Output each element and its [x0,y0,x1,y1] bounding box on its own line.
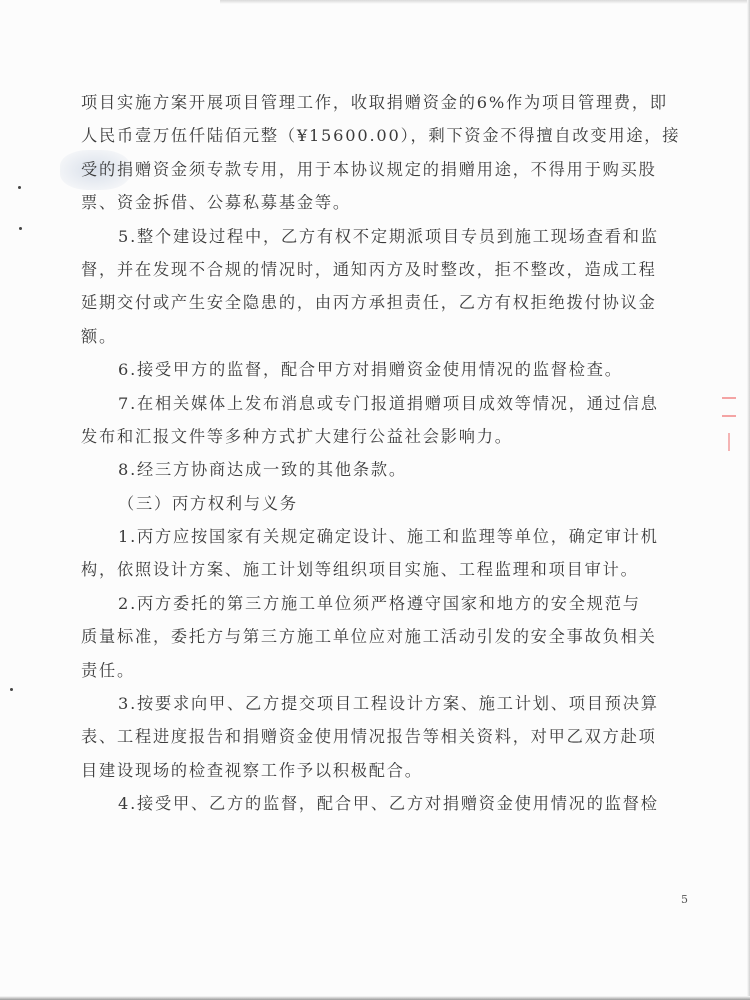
text-line: 构，依照设计方案、施工计划等组织项目实施、工程监理和项目审计。 [81,553,683,586]
agreement-body: 项目实施方案开展项目管理工作，收取捐赠资金的6%作为项目管理费，即 人民币壹万伍… [81,86,683,821]
scan-speck [19,227,22,230]
scan-speck [18,186,21,189]
text-line: 表、工程进度报告和捐赠资金使用情况报告等相关资料，对甲乙双方赴项 [81,720,683,753]
seal-edge-mark [722,397,736,399]
text-line: 发布和汇报文件等多种方式扩大建行公益社会影响力。 [81,420,683,453]
page-number: 5 [681,893,688,906]
clause-7: 7.在相关媒体上发布消息或专门报道捐赠项目成效等情况，通过信息 [81,387,683,420]
text-line: 督，并在发现不合规的情况时，通知丙方及时整改，拒不整改，造成工程 [81,253,683,286]
text-line: 额。 [81,320,683,353]
text-line: 质量标准，委托方与第三方施工单位应对施工活动引发的安全事故负相关 [81,620,683,653]
seal-edge-mark [728,433,736,451]
clause-6: 6.接受甲方的监督，配合甲方对捐赠资金使用情况的监督检查。 [81,353,683,386]
seal-edge-mark [722,415,736,417]
text-line: 人民币壹万伍仟陆佰元整（¥15600.00），剩下资金不得擅自改变用途，接 [81,119,683,152]
text-line: 目建设现场的检查视察工作予以积极配合。 [81,754,683,787]
text-line: 项目实施方案开展项目管理工作，收取捐赠资金的6%作为项目管理费，即 [81,86,683,119]
scan-top-edge [220,0,750,4]
clause-4: 4.接受甲、乙方的监督，配合甲、乙方对捐赠资金使用情况的监督检 [81,787,683,820]
text-line: 票、资金拆借、公募私募基金等。 [81,186,683,219]
scan-speck [10,688,13,691]
clause-3: 3.按要求向甲、乙方提交项目工程设计方案、施工计划、项目预决算 [81,687,683,720]
scan-bottom-edge [0,996,750,1000]
scanned-page: 项目实施方案开展项目管理工作，收取捐赠资金的6%作为项目管理费，即 人民币壹万伍… [0,0,750,1000]
clause-1: 1.丙方应按国家有关规定确定设计、施工和监理等单位，确定审计机 [81,520,683,553]
text-line: 责任。 [81,654,683,687]
text-line: 延期交付或产生安全隐患的，由丙方承担责任，乙方有权拒绝拨付协议金 [81,286,683,319]
section-heading: （三）丙方权利与义务 [81,487,683,520]
clause-2: 2.丙方委托的第三方施工单位须严格遵守国家和地方的安全规范与 [81,587,683,620]
clause-8: 8.经三方协商达成一致的其他条款。 [81,453,683,486]
text-line: 受的捐赠资金须专款专用，用于本协议规定的捐赠用途，不得用于购买股 [81,153,683,186]
clause-5: 5.整个建设过程中，乙方有权不定期派项目专员到施工现场查看和监 [81,220,683,253]
